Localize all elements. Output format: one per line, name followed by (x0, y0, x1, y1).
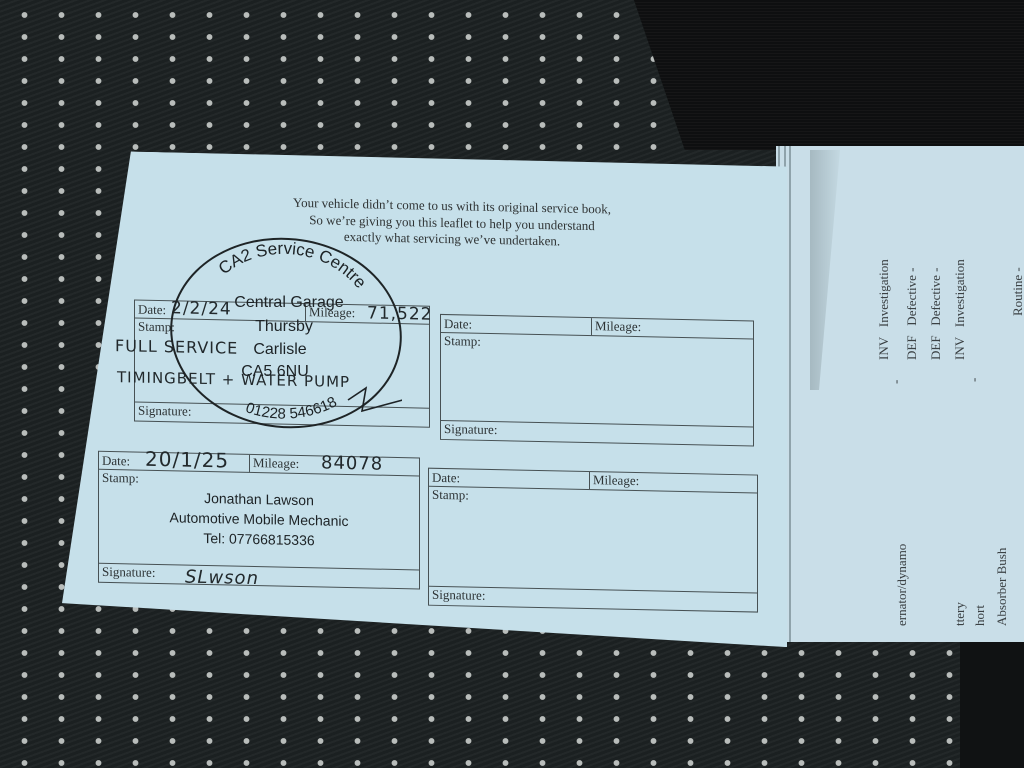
svg-text:01228 546618: 01228 546618 (242, 393, 340, 426)
insert-item-absorber-bush: Absorber Bush (994, 548, 1010, 626)
service-entry-4: Date: Mileage: Stamp: Signature: (428, 468, 758, 613)
insert-code-3: DEF Defective - (904, 268, 920, 360)
insert-code-5: INV Investigation (952, 259, 968, 360)
insert-partial-text: Routine - (1010, 267, 1024, 316)
svg-text:CA2 Service Centre: CA2 Service Centre (213, 236, 373, 293)
stamp-line-4: CA5 6NU (205, 363, 345, 381)
entry-3-date: 20/1/25 (145, 447, 229, 473)
entry-3-mileage: 84078 (321, 452, 383, 474)
service-entry-2: Date: Mileage: Stamp: Signature: (440, 314, 754, 447)
insert-code-4: DEF Defective - (928, 268, 944, 360)
insert-item-alternator: ernator/dynamo (894, 544, 910, 626)
stamp-line-2: Thursby (214, 318, 354, 336)
insert-item-battery: ttery (952, 602, 968, 626)
entry-3-signature: SLwson (185, 567, 259, 590)
service-entry-3: Date: Mileage: Stamp: Signature: 20/1/25… (98, 451, 420, 590)
insert-item-short: hort (972, 605, 988, 626)
insert-code-2: - (888, 380, 904, 384)
insert-code-1: INV Investigation (876, 259, 892, 360)
insert-code-6: - (966, 378, 982, 382)
mechanic-stamp: Jonathan Lawson Automotive Mobile Mechan… (99, 486, 419, 553)
stamp-line-1: Central Garage (214, 294, 364, 312)
stamp-line-3: Carlisle (210, 341, 350, 359)
seat-shadow-corner (960, 640, 1024, 768)
